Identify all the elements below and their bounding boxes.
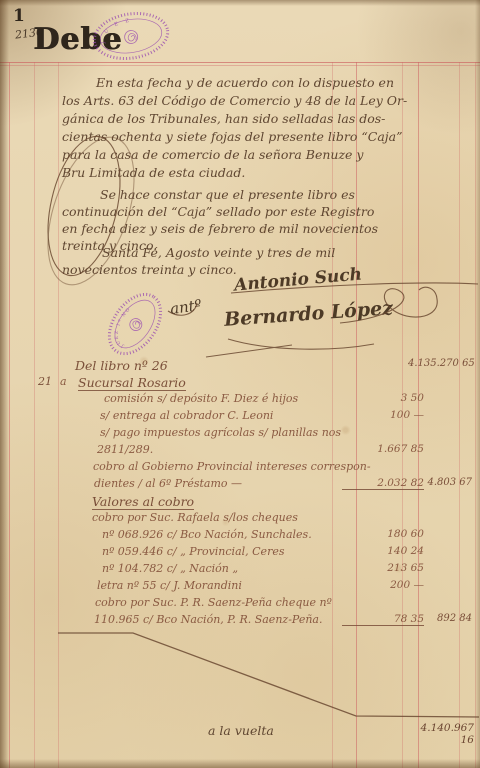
header-rule-2 <box>0 65 480 66</box>
amount-cell: 213 65 <box>342 562 424 574</box>
ledger-row: nº 104.782 c/ „ Nación „ 213 65 <box>36 562 474 579</box>
certification-line: cientas ochenta y siete fojas del presen… <box>62 128 407 146</box>
entry-description: 2811/289. <box>97 443 153 456</box>
page-gutter-shadow <box>0 0 9 768</box>
carry-forward-label: a la vuelta <box>208 723 274 738</box>
ledger-row: cobro por Suc. P. R. Saenz-Peña cheque n… <box>36 596 474 613</box>
ledger-row: 110.965 c/ Bco Nación, P. R. Saenz-Peña.… <box>36 613 474 630</box>
ledger-row: cobro al Gobierno Provincial intereses c… <box>36 460 474 477</box>
ledger-row: s/ pago impuestos agrícolas s/ planillas… <box>36 426 474 443</box>
certification-line: Se hace constar que el presente libro es <box>62 186 407 203</box>
certification-line: para la casa de comercio de la señora Be… <box>62 146 407 164</box>
amount-cell: 3 50 <box>342 392 424 404</box>
amount-cell: 180 60 <box>342 528 424 540</box>
check-stroke <box>206 345 292 357</box>
dateline-line: Santa Fé, Agosto veinte y tres de mil <box>62 244 407 261</box>
signature-judge: Bernardo López <box>223 297 393 331</box>
entry-description: cobro al Gobierno Provincial intereses c… <box>93 460 371 473</box>
certification-line: en fecha diez y seis de febrero de mil n… <box>62 220 407 237</box>
ledger-row: 2811/289. 1.667 85 <box>36 443 474 460</box>
column-rule <box>475 62 476 768</box>
page-total: 4.140.967 16 <box>404 722 474 746</box>
page-title-debe: Debe <box>33 22 122 57</box>
certification-paragraph-1: En esta fecha y de acuerdo con lo dispue… <box>62 74 407 182</box>
entry-description: nº 104.782 c/ „ Nación „ <box>102 562 238 575</box>
entry-description: s/ entrega al cobrador C. Leoni <box>100 409 273 422</box>
entry-description: dientes / al 6º Préstamo — <box>94 477 242 490</box>
group-total: 892 84 <box>408 613 472 624</box>
certification-line: los Arts. 63 del Código de Comercio y 48… <box>62 92 407 110</box>
section-heading: Valores al cobro <box>92 494 194 510</box>
closing-zigzag-rule <box>58 633 479 717</box>
signature-flourish <box>228 339 374 349</box>
ledger-row: nº 059.446 c/ „ Provincial, Ceres 140 24 <box>36 545 474 562</box>
source-book-note: Del libro nº 26 <box>75 358 168 373</box>
entry-description: cobro por Suc. P. R. Saenz-Peña cheque n… <box>95 596 332 609</box>
ledger-row: comisión s/ depósito F. Diez é hijos 3 5… <box>36 392 474 409</box>
judicial-stamp-icon: JUEZ 1º NO <box>100 288 170 360</box>
stamp-arc-text: JUEZ 1º NO <box>105 305 145 349</box>
certification-line: Bru Limitada de esta ciudad. <box>62 164 407 182</box>
amount-cell: 200 — <box>342 579 424 591</box>
ledger-row: s/ entrega al cobrador C. Leoni 100 — <box>36 409 474 426</box>
certification-line: continuación del “Caja” sellado por este… <box>62 203 407 220</box>
ledger-row: Del libro nº 26 4.135.270 65 <box>36 358 474 375</box>
ledger-entries: Del libro nº 26 4.135.270 65 21 a Sucurs… <box>36 358 474 630</box>
entry-description: comisión s/ depósito F. Diez é hijos <box>104 392 298 405</box>
ledger-row: 21 a Sucursal Rosario <box>36 375 474 392</box>
amount-cell: 140 24 <box>342 545 424 557</box>
certification-line: gánica de los Tribunales, han sido sella… <box>62 110 407 128</box>
entry-description: nº 068.926 c/ Bco Nación, Sunchales. <box>102 528 312 541</box>
ante-mi-abbreviation: antº <box>169 296 203 318</box>
entry-particle: a <box>60 375 67 388</box>
page-edge <box>0 0 480 6</box>
header-rule <box>0 62 480 63</box>
ledger-row: cobro por Suc. Rafaela s/los cheques <box>36 511 474 528</box>
margin-rule <box>34 62 35 768</box>
entry-description: nº 059.446 c/ „ Provincial, Ceres <box>102 545 284 558</box>
ledger-row: letra nº 55 c/ J. Morandini 200 — <box>36 579 474 596</box>
ledger-row: Valores al cobro <box>36 494 474 511</box>
amount-cell: 1.667 85 <box>342 443 424 455</box>
day-number: 21 <box>38 375 52 388</box>
group-total: 4.803 67 <box>408 477 472 488</box>
ledger-page: 1 2136 Debe J U E Z JUEZ 1º NO En esta f… <box>0 0 480 768</box>
ledger-row: dientes / al 6º Préstamo — 2.032 82 4.80… <box>36 477 474 494</box>
amount-cell: 100 — <box>342 409 424 421</box>
account-title: Sucursal Rosario <box>78 375 186 391</box>
entry-description: letra nº 55 c/ J. Morandini <box>97 579 242 592</box>
ledger-row: nº 068.926 c/ Bco Nación, Sunchales. 180… <box>36 528 474 545</box>
folio-number: 1 <box>13 6 25 26</box>
carried-forward-total: 4.135.270 65 <box>408 358 472 369</box>
svg-text:JUEZ 1º NO: JUEZ 1º NO <box>105 305 145 349</box>
margin-rule <box>9 62 10 768</box>
entry-description: s/ pago impuestos agrícolas s/ planillas… <box>100 426 341 439</box>
page-edge <box>0 759 480 768</box>
certification-line: En esta fecha y de acuerdo con lo dispue… <box>62 74 407 92</box>
entry-description: 110.965 c/ Bco Nación, P. R. Saenz-Peña. <box>94 613 322 626</box>
entry-description: cobro por Suc. Rafaela s/los cheques <box>92 511 298 524</box>
